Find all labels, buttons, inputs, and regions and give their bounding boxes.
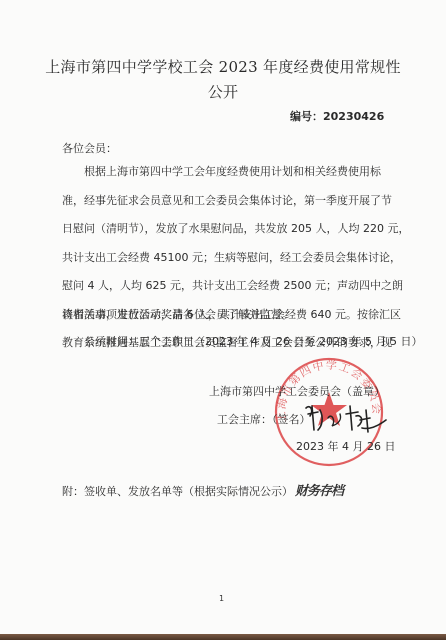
document-number: 编号：20230426 xyxy=(290,108,384,124)
body-paragraph: 根据上海市第四中学工会年度经费使用计划和相关经费使用标 准，经事先征求会员意见和… xyxy=(62,158,396,358)
body-paragraph-end: 将相关事项进行公示，请各位会员了解并监督。 xyxy=(62,307,396,323)
chairman-signature-icon xyxy=(300,400,390,436)
page-number: 1 xyxy=(219,594,224,603)
attachment-text: 附：签收单、发放名单等（根据实际情况公示） xyxy=(62,485,293,498)
handwritten-archive-note: 财务存档 xyxy=(295,484,343,499)
body-line: 将相关事项进行公示，请各位会员了解并监督。 xyxy=(62,307,396,323)
signature-date: 2023 年 4 月 26 日 xyxy=(296,438,395,454)
body-line: 根据上海市第四中学工会年度经费使用计划和相关经费使用标 xyxy=(62,158,396,187)
chairman-signature-label: 工会主席：（签名） xyxy=(217,411,311,427)
body-line: 日慰问（清明节），发放了水果慰问品，共发放 205 人，人均 220 元， xyxy=(62,215,396,244)
attachment-note: 附：签收单、发放名单等（根据实际情况公示）财务存档 xyxy=(62,480,343,499)
body-line: 共计支出工会经费 45100 元；生病等慰问，经工会委员会集体讨论， xyxy=(62,244,396,273)
document-title-line1: 上海市第四中学学校工会 2023 年度经费使用常规性 xyxy=(0,56,446,77)
body-line: 准，经事先征求会员意见和工会委员会集体讨论，第一季度开展了节 xyxy=(62,187,396,216)
salutation: 各位会员： xyxy=(62,140,117,156)
document-page: 上海市第四中学学校工会 2023 年度经费使用常规性 公开 编号：2023042… xyxy=(0,0,446,640)
issuing-organization: 上海市第四中学工会委员会（盖章） xyxy=(209,383,385,399)
scan-bottom-edge xyxy=(0,634,446,640)
body-line: 慰问 4 人，人均 625 元，共计支出工会经费 2500 元；声动四中之朗 xyxy=(62,272,396,301)
document-title-line2: 公开 xyxy=(0,81,446,102)
publicity-period: 公示时间：五个工作日（2023 年 4 月 26 日至 2023 年 5 月 5… xyxy=(84,333,422,349)
